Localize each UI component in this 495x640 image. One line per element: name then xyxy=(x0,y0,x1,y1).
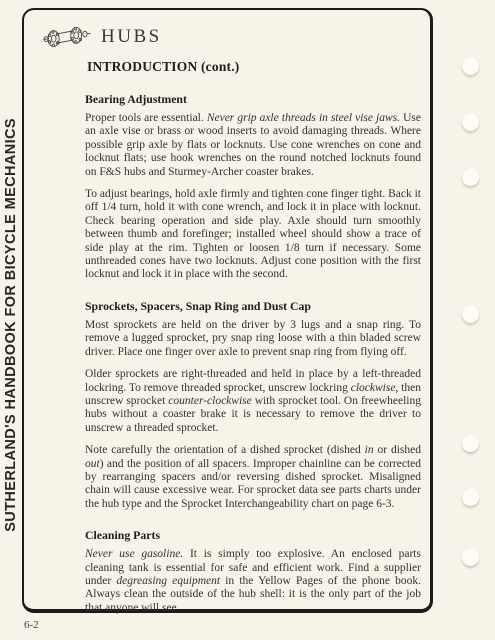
binder-hole xyxy=(462,58,479,75)
binder-hole xyxy=(462,169,479,186)
chapter-header: HUBS xyxy=(42,22,416,52)
bicycle-hub-icon xyxy=(42,22,92,52)
paragraph: Never use gasoline. It is simply too exp… xyxy=(85,548,421,615)
page-section-subtitle: INTRODUCTION (cont.) xyxy=(87,59,416,75)
section-heading: Bearing Adjustment xyxy=(85,92,421,107)
book-spine: SUTHERLAND'S HANDBOOK FOR BICYCLE MECHAN… xyxy=(0,78,22,572)
page-frame: HUBS INTRODUCTION (cont.) Bearing Adjust… xyxy=(22,8,433,613)
binder-hole xyxy=(462,549,479,566)
paragraph: To adjust bearings, hold axle firmly and… xyxy=(85,188,421,282)
binder-hole xyxy=(462,435,479,452)
binder-hole xyxy=(462,306,479,323)
section-heading: Cleaning Parts xyxy=(85,528,421,543)
book-spine-title: SUTHERLAND'S HANDBOOK FOR BICYCLE MECHAN… xyxy=(3,118,19,532)
binder-hole xyxy=(462,114,479,131)
paragraph: Most sprockets are held on the driver by… xyxy=(85,319,421,359)
paragraph: Older sprockets are right-threaded and h… xyxy=(85,368,421,435)
page-number: 6-2 xyxy=(24,619,39,631)
paragraph: Proper tools are essential. Never grip a… xyxy=(85,112,421,179)
sections: Bearing AdjustmentProper tools are essen… xyxy=(85,92,421,615)
binder-hole xyxy=(462,489,479,506)
section-heading: Sprockets, Spacers, Snap Ring and Dust C… xyxy=(85,299,421,314)
chapter-title: HUBS xyxy=(101,26,162,48)
paragraph: Note carefully the orientation of a dish… xyxy=(85,444,421,511)
